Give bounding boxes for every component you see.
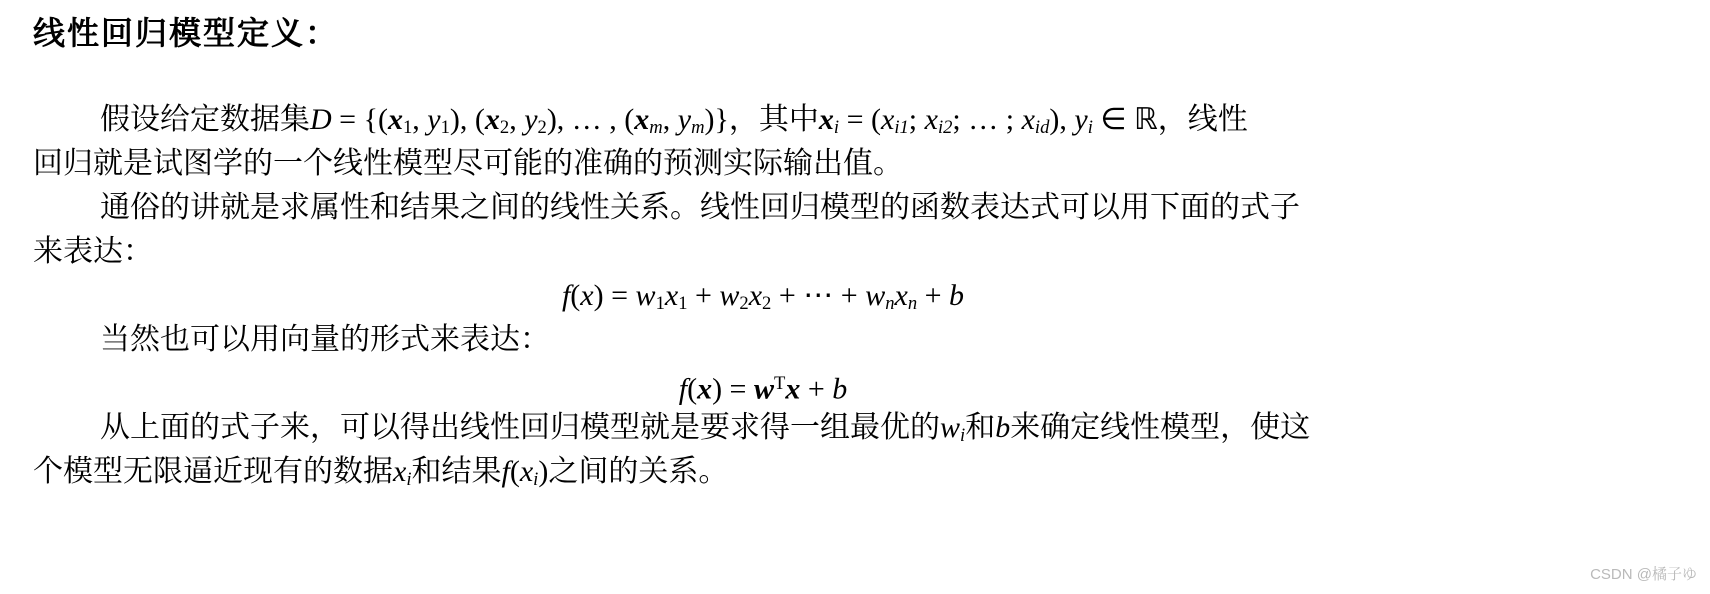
text-segment: T [774,373,785,394]
text-segment: 1 [441,117,450,138]
paragraph-1-line-1: 假设给定数据集D = {(x1, y1), (x2, y2), … , (xm,… [33,98,1493,142]
text-segment: 假设给定数据集 [100,103,310,136]
text-segment: 2 [500,117,509,138]
text-segment: D [310,103,332,136]
text-segment: + [687,279,719,312]
paragraph-4-line-1: 从上面的式子来，可以得出线性回归模型就是要求得一组最优的wi和b来确定线性模型，… [33,406,1493,450]
text-segment: 个模型无限逼近现有的数据 [33,455,393,488]
paragraph-4-line-2: 个模型无限逼近现有的数据xi和结果f(xi)之间的关系。 [33,450,1493,494]
text-segment: 和 [965,411,995,444]
text-segment: w [865,279,885,312]
text-segment: ; [909,103,925,136]
text-segment: = ( [839,103,881,136]
text-segment: w [636,279,656,312]
text-segment: b [949,279,964,312]
text-segment: y [427,103,440,136]
text-segment: x [881,103,894,136]
text-segment: , [663,103,678,136]
text-segment: y [678,103,691,136]
text-segment: f [502,455,510,488]
text-segment: w [719,279,739,312]
text-segment: 2 [762,293,771,314]
text-segment: x [819,103,834,136]
paragraph-3-line-1: 当然也可以用向量的形式来表达： [33,318,1493,362]
text-segment: ( [570,279,580,312]
text-segment: x [388,103,403,136]
formula-linear-expanded: f(x) = w1x1 + w2x2 + ⋯ + wnxn + b [33,274,1493,318]
text-segment: 2 [538,117,547,138]
text-segment: x [393,455,406,488]
text-segment: b [995,411,1010,444]
text-segment: , [509,103,524,136]
page-title: 线性回归模型定义： [33,8,339,54]
formula-vector-form: f(x) = wTx + b [33,362,1493,406]
text-segment: n [908,293,917,314]
text-segment: ) [538,455,548,488]
text-segment: b [832,372,847,405]
text-segment: ; … ; [952,103,1021,136]
text-segment: m [691,117,704,138]
text-segment: ), ( [450,103,485,136]
text-segment: )} [705,103,729,136]
text-segment: y [1074,103,1087,136]
text-segment: 来确定线性模型，使这 [1010,411,1310,444]
text-segment: w [754,372,774,405]
text-segment: x [785,372,800,405]
text-segment: x [520,455,533,488]
text-segment: x [580,279,593,312]
text-segment: ，线性 [1158,103,1248,136]
text-segment: ，其中 [729,103,819,136]
text-segment: m [649,117,662,138]
document-page: 线性回归模型定义： 假设给定数据集D = {(x1, y1), (x2, y2)… [0,0,1710,594]
text-segment: 当然也可以用向量的形式来表达： [100,323,550,356]
paragraph-2-line-2: 来表达： [33,230,1493,274]
text-segment: 1 [403,117,412,138]
text-segment: + [917,279,949,312]
text-segment: x [925,103,938,136]
text-segment: 从上面的式子来，可以得出线性回归模型就是要求得一组最优的 [100,411,940,444]
text-segment: ( [510,455,520,488]
text-segment: 回归就是试图学的一个线性模型尽可能的准确的预测实际输出值。 [33,147,903,180]
text-segment: , [412,103,427,136]
text-segment: 通俗的讲就是求属性和结果之间的线性关系。线性回归模型的函数表达式可以用下面的式子 [100,191,1300,224]
text-segment: 来表达： [33,235,153,268]
text-segment: ∈ ℝ [1093,103,1158,136]
csdn-watermark: CSDN @橘子ゆ [1590,563,1697,584]
text-segment: x [895,279,908,312]
paragraph-1-line-2: 回归就是试图学的一个线性模型尽可能的准确的预测实际输出值。 [33,142,1493,186]
paragraph-2-line-1: 通俗的讲就是求属性和结果之间的线性关系。线性回归模型的函数表达式可以用下面的式子 [33,186,1493,230]
text-segment: = {( [332,103,388,136]
text-segment: 2 [739,293,748,314]
text-segment: x [485,103,500,136]
text-segment: w [940,411,960,444]
text-segment: ) = [594,279,636,312]
text-segment: + [800,372,832,405]
text-segment: n [885,293,894,314]
text-segment: x [634,103,649,136]
text-segment: ) = [712,372,754,405]
text-segment: ), [1049,103,1074,136]
text-segment: ), … , ( [547,103,634,136]
article-body: 假设给定数据集D = {(x1, y1), (x2, y2), … , (xm,… [33,98,1493,494]
text-segment: 之间的关系。 [548,455,728,488]
text-segment: x [665,279,678,312]
text-segment: x [1022,103,1035,136]
text-segment: x [749,279,762,312]
text-segment: x [697,372,712,405]
text-segment: y [524,103,537,136]
text-segment: i1 [894,117,908,138]
text-segment: id [1035,117,1049,138]
text-segment: f [679,372,687,405]
text-segment: ( [687,372,697,405]
text-segment: + ⋯ + [771,279,865,312]
text-segment: 1 [656,293,665,314]
text-segment: 和结果 [412,455,502,488]
text-segment: i2 [938,117,952,138]
